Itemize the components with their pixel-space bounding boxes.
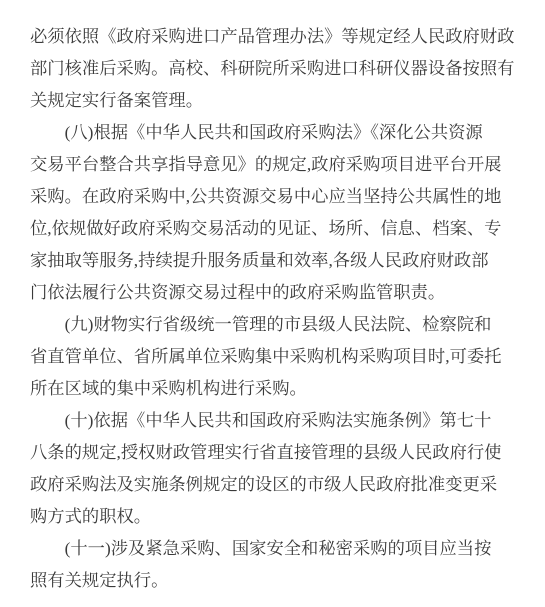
- text-line: 购方式的职权。: [30, 501, 517, 533]
- text-line: (十)依据《中华人民共和国政府采购法实施条例》第七十: [30, 405, 517, 437]
- text-line: 采购。在政府采购中,公共资源交易中心应当坚持公共属性的地: [30, 181, 517, 213]
- paragraph-import-product-approval: 必须依照《政府采购进口产品管理办法》等规定经人民政府财政部门核准后采购。高校、科…: [30, 21, 517, 117]
- text-line: 政府采购法及实施条例规定的设区的市级人民政府批准变更采: [30, 469, 517, 501]
- text-line: 照有关规定执行。: [30, 565, 517, 597]
- paragraph-item-8-public-resource-trading: (八)根据《中华人民共和国政府采购法》《深化公共资源交易平台整合共享指导意见》的…: [30, 117, 517, 309]
- text-line: 必须依照《政府采购进口产品管理办法》等规定经人民政府财政: [30, 21, 517, 53]
- paragraph-item-11-emergency-and-secret-procurement: (十一)涉及紧急采购、国家安全和秘密采购的项目应当按照有关规定执行。: [30, 533, 517, 597]
- text-line: 八条的规定,授权财政管理实行省直接管理的县级人民政府行使: [30, 437, 517, 469]
- text-line: 位,依规做好政府采购交易活动的见证、场所、信息、档案、专: [30, 213, 517, 245]
- text-line: 家抽取等服务,持续提升服务质量和效率,各级人民政府财政部: [30, 245, 517, 277]
- text-line: (八)根据《中华人民共和国政府采购法》《深化公共资源: [30, 117, 517, 149]
- text-line: (九)财物实行省级统一管理的市县级人民法院、检察院和: [30, 309, 517, 341]
- text-line: 关规定实行备案管理。: [30, 85, 517, 117]
- paragraph-item-10-authorized-county-governments: (十)依据《中华人民共和国政府采购法实施条例》第七十八条的规定,授权财政管理实行…: [30, 405, 517, 533]
- paragraph-item-9-provincial-managed-units: (九)财物实行省级统一管理的市县级人民法院、检察院和省直管单位、省所属单位采购集…: [30, 309, 517, 405]
- document-page: 必须依照《政府采购进口产品管理办法》等规定经人民政府财政部门核准后采购。高校、科…: [0, 0, 545, 607]
- text-line: (十一)涉及紧急采购、国家安全和秘密采购的项目应当按: [30, 533, 517, 565]
- text-line: 部门核准后采购。高校、科研院所采购进口科研仪器设备按照有: [30, 53, 517, 85]
- text-body: 必须依照《政府采购进口产品管理办法》等规定经人民政府财政部门核准后采购。高校、科…: [30, 21, 517, 597]
- text-line: 所在区域的集中采购机构进行采购。: [30, 373, 517, 405]
- text-line: 交易平台整合共享指导意见》的规定,政府采购项目进平台开展: [30, 149, 517, 181]
- text-line: 门依法履行公共资源交易过程中的政府采购监管职责。: [30, 277, 517, 309]
- text-line: 省直管单位、省所属单位采购集中采购机构采购项目时,可委托: [30, 341, 517, 373]
